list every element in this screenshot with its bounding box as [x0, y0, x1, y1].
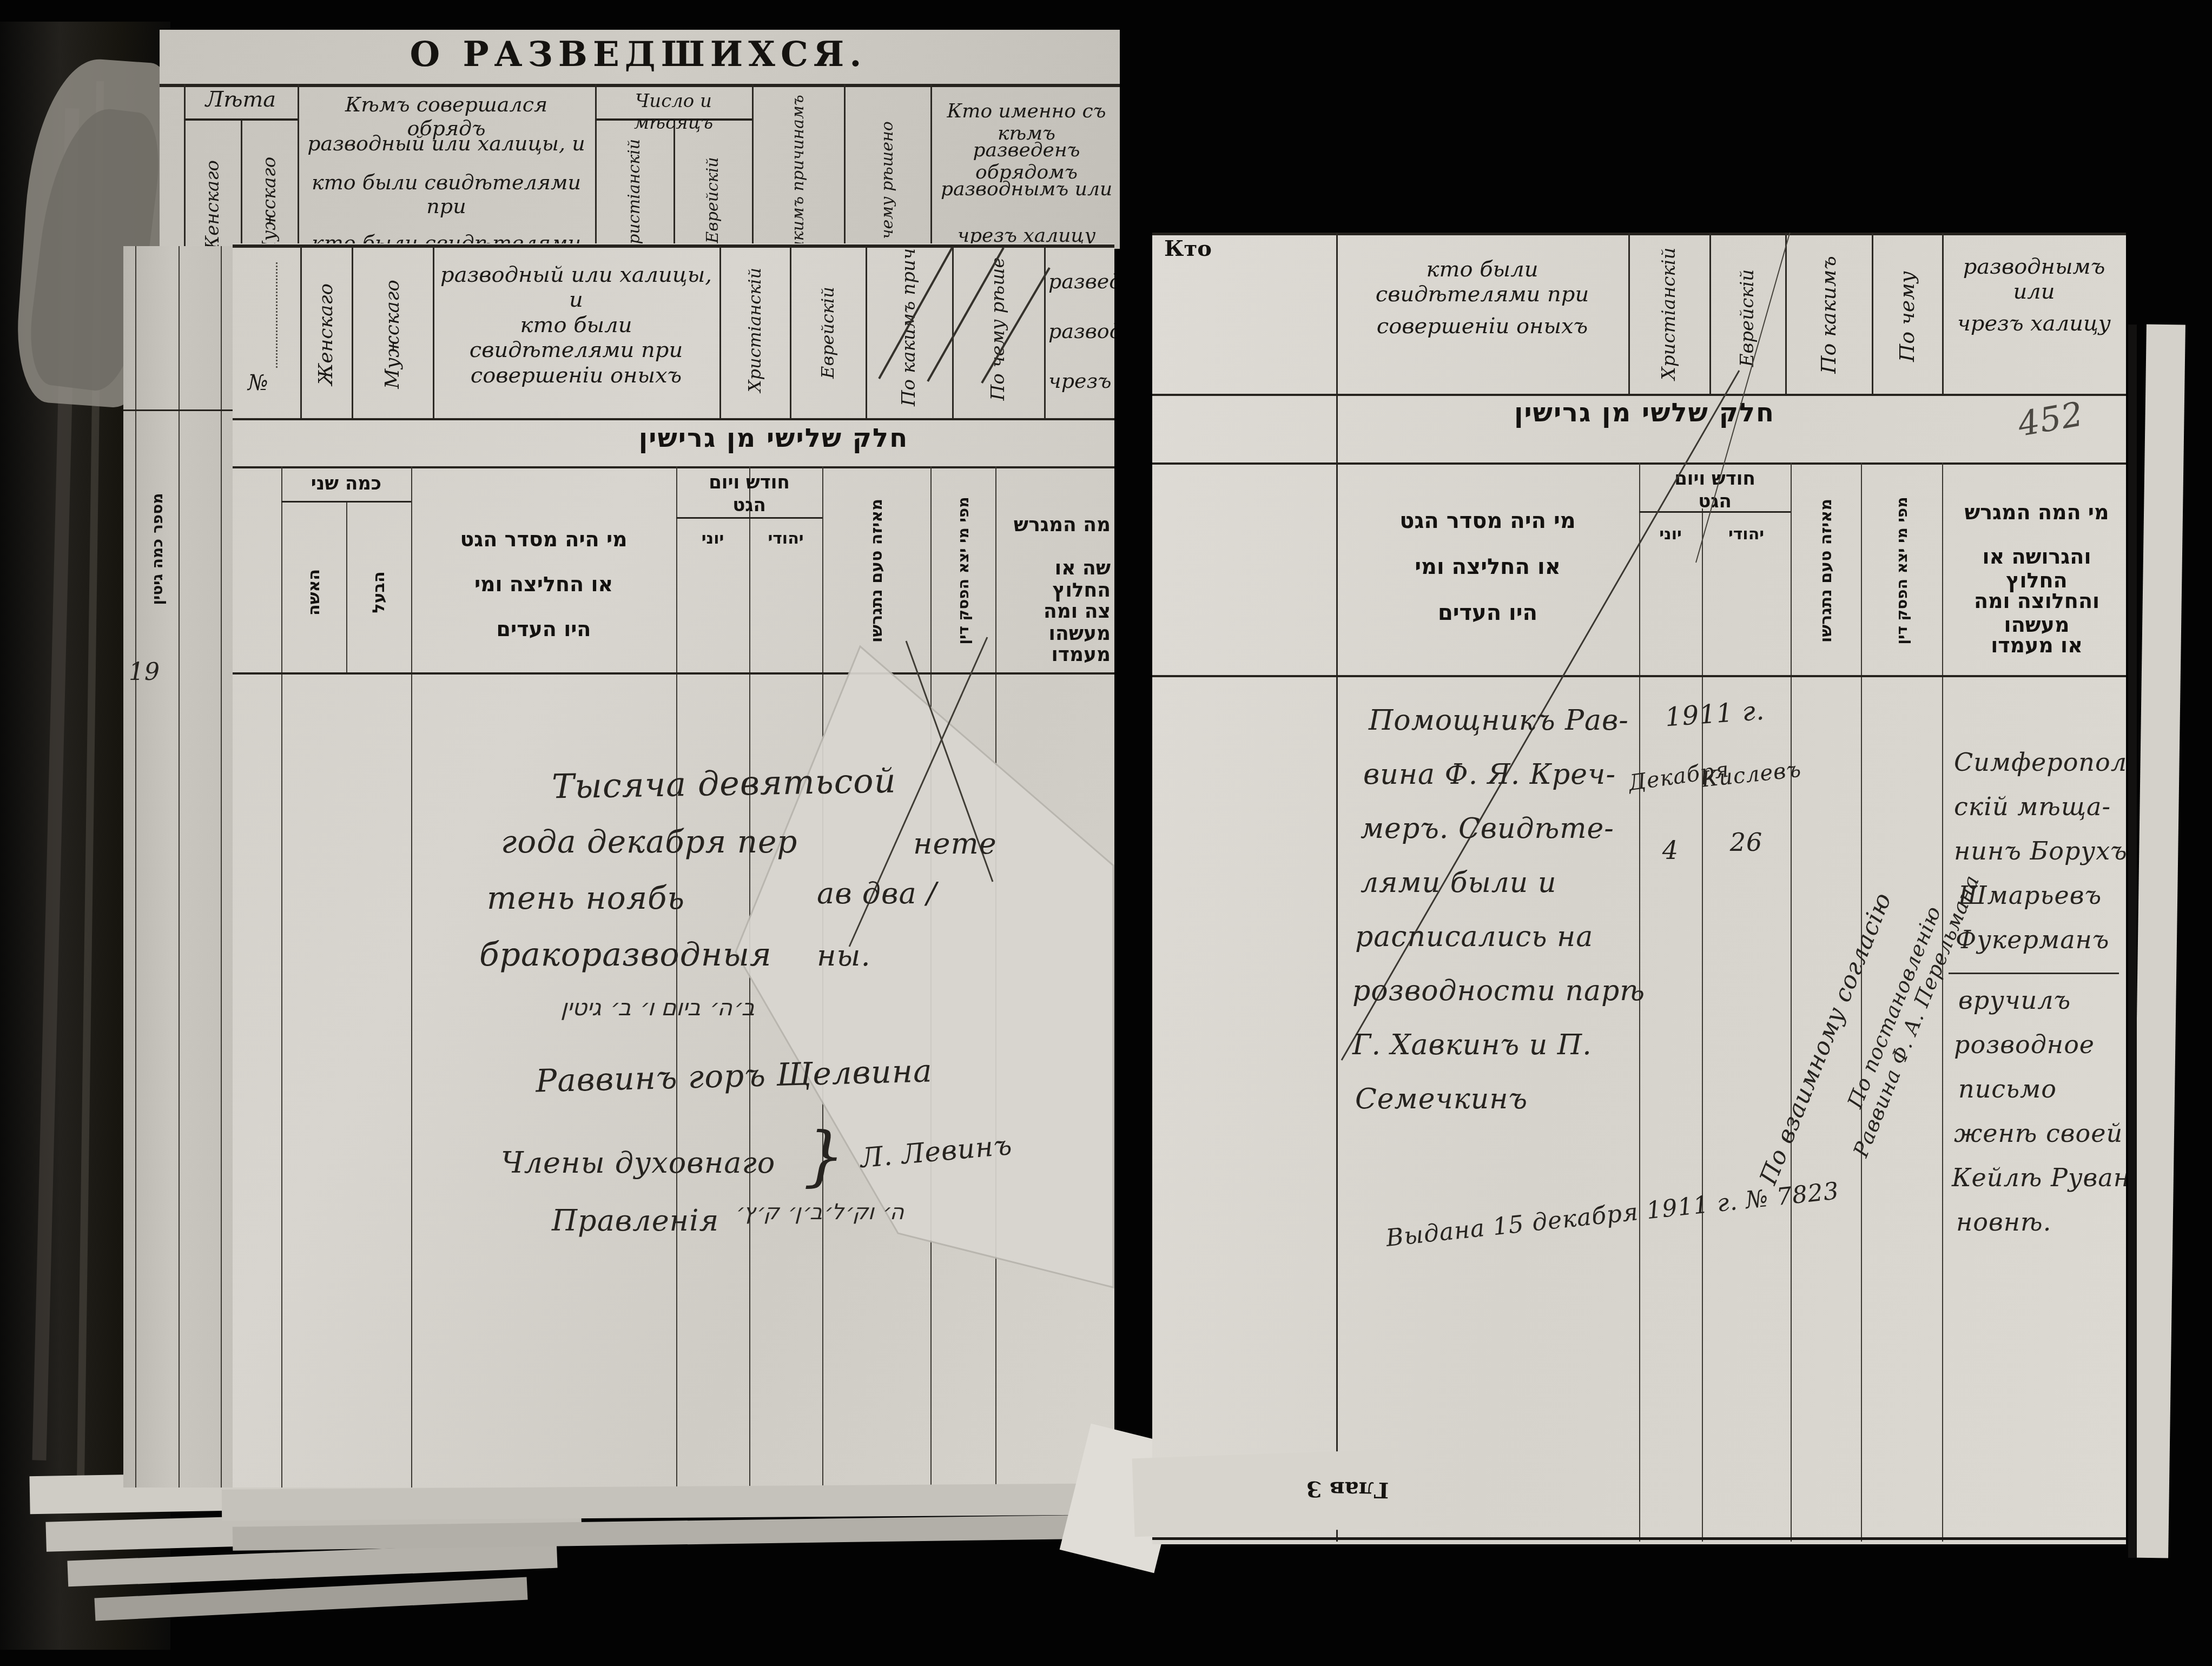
entry-officiant-line: Семечкинъ: [1355, 1083, 1528, 1115]
col-date: Число и мѣсяцъ: [595, 90, 752, 134]
col-jewish-date: Еврейскій: [703, 157, 722, 243]
scanned-register-page: О РАЗВЕДШИХСЯ. Лѣта Женскаго Мужскаго Кѣ…: [0, 0, 2212, 1666]
strip-hebrew-number-col: מספר כמה גיטין: [148, 493, 166, 605]
entry-civil-day: 4: [1640, 836, 1701, 865]
col-officiant-line: кто были свидѣтелями при: [303, 170, 590, 218]
book-title: О РАЗВЕДШИХСЯ.: [357, 34, 920, 75]
crease-overlay: [233, 243, 1114, 1487]
sub-line: [673, 121, 675, 249]
entry-line: бракоразводныя: [479, 936, 772, 974]
entry-clergy-line: Члены духовнаго: [501, 1146, 775, 1180]
col-reasons: По какимъ причинамъ: [789, 95, 808, 249]
entry-officiant-line: вина Ф. Я. Креч-: [1363, 758, 1616, 791]
col-officiant-line: разводный или халицы, и: [303, 131, 590, 155]
entry-fragment: нете: [913, 827, 997, 861]
col-line: [298, 84, 299, 249]
margin-entry-number: 19: [129, 658, 160, 686]
strip-line: [179, 246, 180, 1487]
left-page: № Женскаго Мужскаго разводный или халицы…: [233, 243, 1114, 1487]
col-line: [930, 84, 932, 249]
underlying-page-left-strip: מספר כמה גיטין 19: [123, 246, 248, 1487]
entry-underline: [1949, 973, 2119, 974]
entry-hebrew-signature: ה׳ וק׳ל׳ב׳ן׳ ק׳ץ׳: [732, 1200, 908, 1225]
entry-person-line: женѣ своей: [1954, 1119, 2123, 1148]
entry-line: тень ноябь: [487, 880, 685, 916]
col-male: Мужскаго: [259, 157, 280, 249]
entry-officiant-line: розводности парѣ: [1352, 975, 1645, 1007]
entry-officiant-line: лями были и: [1361, 867, 1556, 899]
col-line: [844, 84, 846, 249]
entry-person-line: нинъ Борухъ: [1954, 836, 2126, 865]
col-christian-date: Христіанскій: [625, 139, 644, 249]
entry-clergy-line: Правленія: [552, 1204, 719, 1238]
entry-officiant-line: Помощникъ Рав-: [1369, 704, 1629, 737]
col-who-line: Кто именно съ кѣмъ: [933, 100, 1120, 144]
entry-person-line: Симферополь-: [1954, 748, 2126, 777]
entry-jewish-day: 26: [1703, 828, 1790, 857]
col-leta: Лѣта: [184, 87, 298, 112]
entry-line: Тысяча девятьсой: [551, 761, 896, 806]
col-who-line: разведенъ обрядомъ: [933, 139, 1120, 183]
entry-person-line: розводное: [1954, 1030, 2095, 1059]
entry-hebrew-note: ב׳ה׳ ביום ו׳ ב׳ גיטין: [559, 994, 760, 1021]
entry-person-line: новнѣ.: [1956, 1207, 2051, 1237]
rule: [160, 84, 1120, 87]
col-who-line: разводнымъ или: [933, 178, 1120, 200]
sub-line: [241, 121, 242, 249]
col-line: [752, 84, 754, 249]
underlying-page-top: О РАЗВЕДШИХСЯ. Лѣта Женскаго Мужскаго Кѣ…: [160, 30, 1120, 249]
entry-person-line: скій мѣща-: [1954, 792, 2111, 821]
entry-fragment: ны.: [817, 938, 871, 973]
right-page: Кто кто были свидѣтелями при совершеніи …: [1152, 233, 2126, 1544]
entry-person-line: Шмарьевъ: [1958, 881, 2102, 910]
entry-person-line: Фукерманъ: [1956, 925, 2110, 954]
strip-line: [221, 246, 222, 1487]
strip-rule: [123, 409, 248, 411]
col-decision: По чему рѣшено: [878, 121, 897, 249]
page-edge-sliver-right: [2129, 325, 2185, 1558]
upside-down-print-fragment: Глав З: [1306, 1476, 1389, 1503]
entry-officiant-line: расписались на: [1355, 921, 1593, 953]
entry-officiant-line: Г. Хавкинъ и П.: [1352, 1029, 1592, 1061]
entry-officiant-line: меръ. Свидѣте-: [1361, 812, 1614, 845]
entry-line: года декабря пер: [501, 823, 797, 860]
page-edge-strip: [222, 1483, 1117, 1521]
entry-person-line: письмо: [1958, 1074, 2057, 1103]
entry-fragment: ав два /: [817, 876, 937, 910]
rule: [184, 118, 298, 121]
strip-line: [135, 246, 136, 1487]
entry-person-line: Кейлѣ Руван-: [1952, 1163, 2126, 1192]
rule-bottom: [1152, 1537, 2126, 1540]
entry-person-line: вручилъ: [1958, 986, 2071, 1015]
page-edge-sliver-shadow: [2128, 325, 2137, 1558]
entry-brace: }: [803, 1119, 845, 1194]
col-female: Женскаго: [202, 160, 223, 249]
